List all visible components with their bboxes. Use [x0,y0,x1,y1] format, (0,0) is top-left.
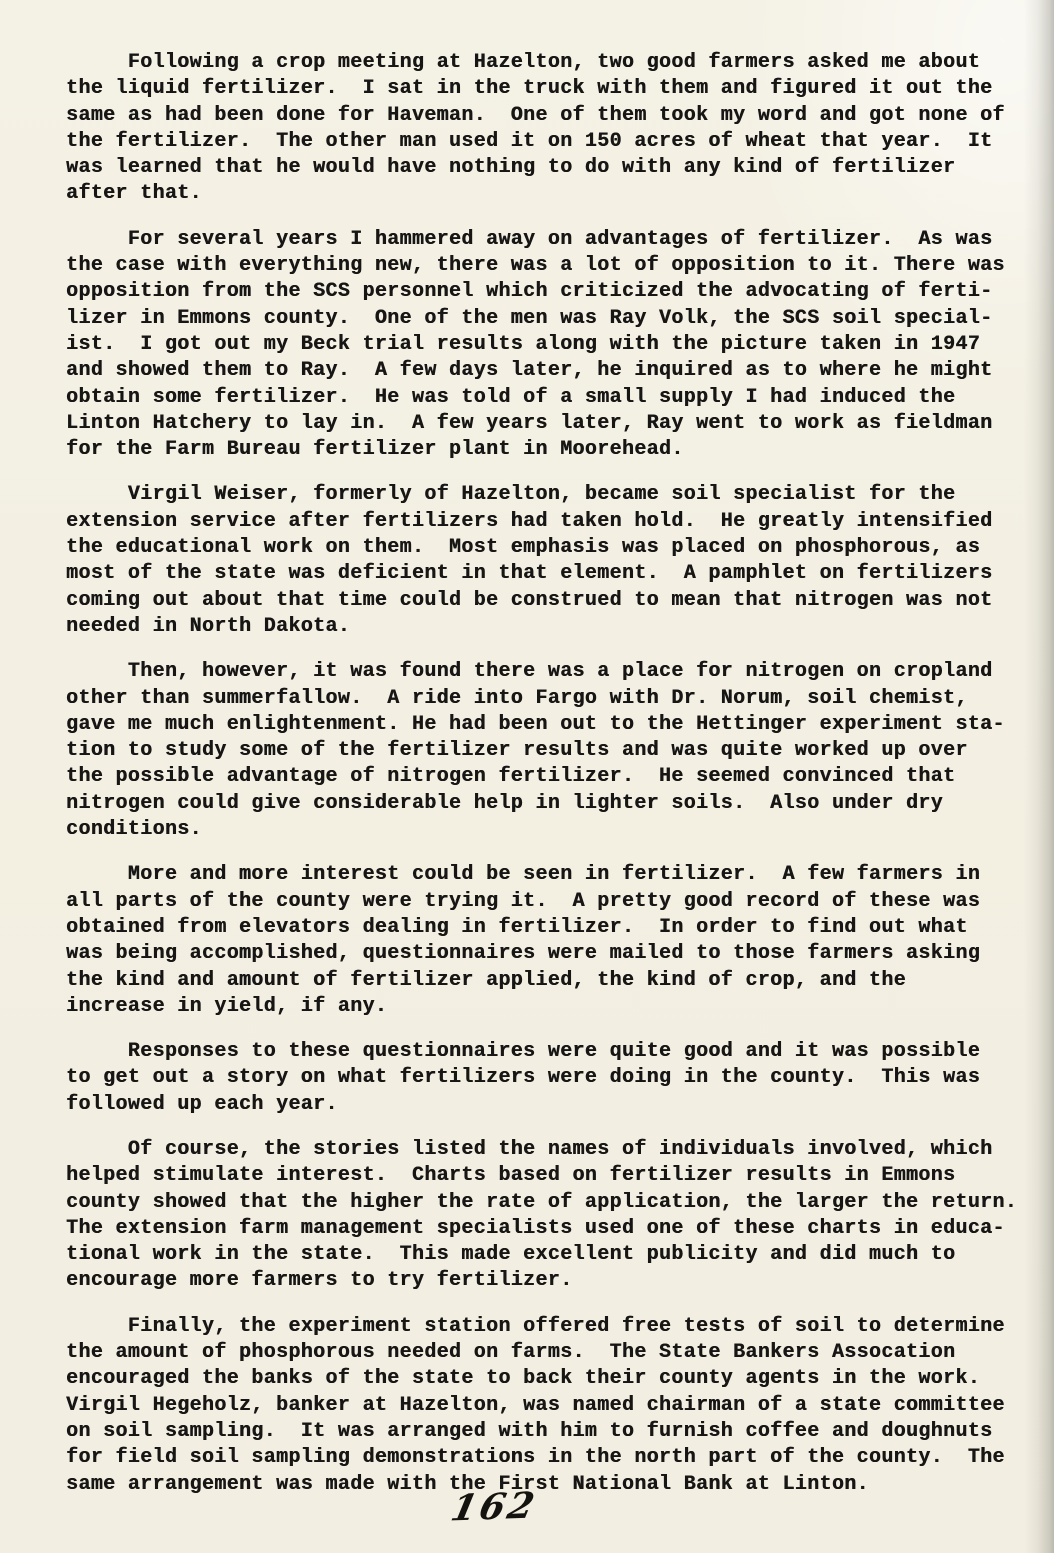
paragraph-crop-meeting: Following a crop meeting at Hazelton, tw… [66,50,1034,208]
paragraph-nitrogen-cropland: Then, however, it was found there was a … [66,659,1034,843]
handwritten-page-number: 162 [447,1485,541,1530]
scanned-document-page: Following a crop meeting at Hazelton, tw… [0,0,1054,1553]
typewritten-text-block: Following a crop meeting at Hazelton, tw… [66,50,1034,1517]
paragraph-free-soil-tests: Finally, the experiment station offered … [66,1314,1034,1498]
paragraph-questionnaires: Responses to these questionnaires were q… [66,1039,1034,1118]
paragraph-stories-charts: Of course, the stories listed the names … [66,1137,1034,1295]
paragraph-growing-interest: More and more interest could be seen in … [66,862,1034,1020]
paragraph-virgil-weiser: Virgil Weiser, formerly of Hazelton, bec… [66,482,1034,640]
paragraph-opposition: For several years I hammered away on adv… [66,227,1034,464]
